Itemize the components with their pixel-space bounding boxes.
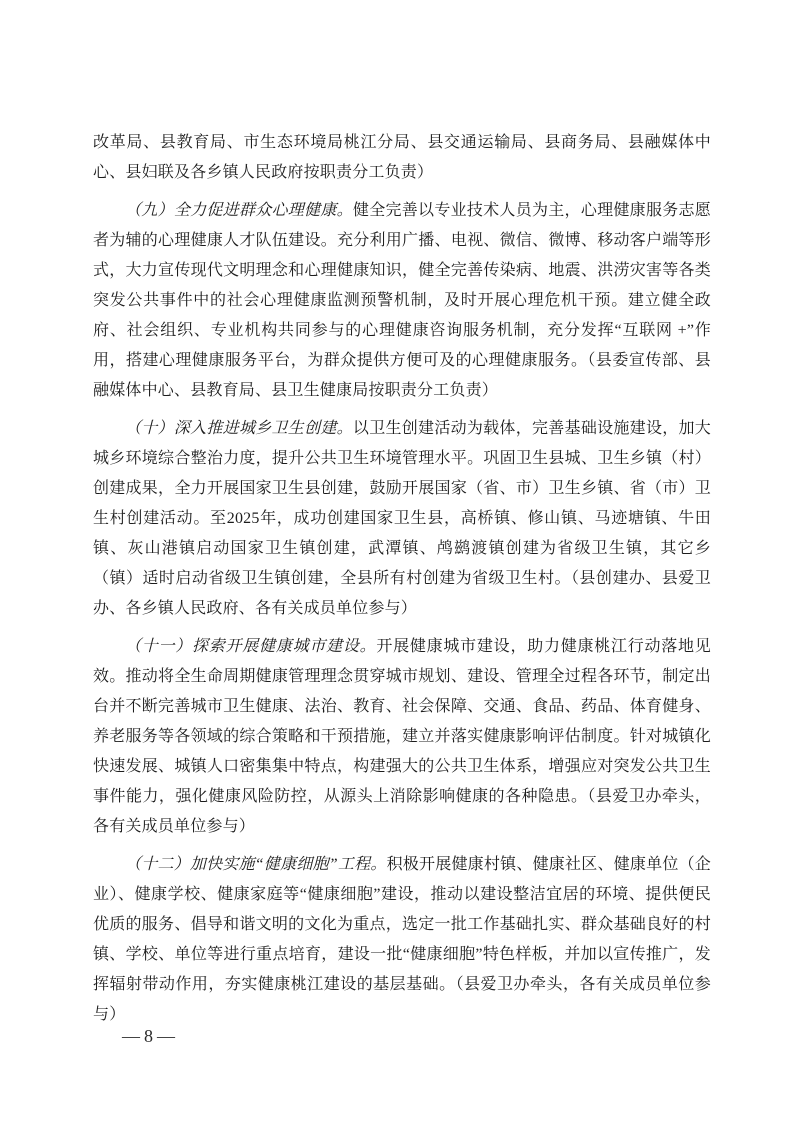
paragraph-continuation: 改革局、县教育局、市生态环境局桃江分局、县交通运输局、县商务局、县融媒体中心、县… [93,128,711,188]
document-page: 改革局、县教育局、市生态环境局桃江分局、县交通运输局、县商务局、县融媒体中心、县… [0,0,793,1122]
paragraph-9: （九）全力促进群众心理健康。健全完善以专业技术人员为主，心理健康服务志愿者为辅的… [93,196,711,406]
paragraph-11-lead: （十一）探索开展健康城市建设。 [125,638,376,655]
paragraph-9-body: 健全完善以专业技术人员为主，心理健康服务志愿者为辅的心理健康人才队伍建设。充分利… [93,202,711,399]
paragraph-12: （十二）加快实施“健康细胞”工程。积极开展健康村镇、健康社区、健康单位（企业）、… [93,850,711,1030]
paragraph-10-lead: （十）深入推进城乡卫生创建。 [125,420,353,437]
paragraph-10: （十）深入推进城乡卫生创建。以卫生创建活动为载体，完善基础设施建设，加大城乡环境… [93,414,711,624]
paragraph-11: （十一）探索开展健康城市建设。开展健康城市建设，助力健康桃江行动落地见效。推动将… [93,632,711,842]
paragraph-12-lead: （十二）加快实施“健康细胞”工程。 [125,856,387,873]
paragraph-9-lead: （九）全力促进群众心理健康。 [125,202,353,219]
paragraph-12-body: 积极开展健康村镇、健康社区、健康单位（企业）、健康学校、健康家庭等“健康细胞”建… [93,856,711,1023]
text-block: 改革局、县教育局、市生态环境局桃江分局、县交通运输局、县商务局、县融媒体中心、县… [93,128,711,1030]
paragraph-10-body: 以卫生创建活动为载体，完善基础设施建设，加大城乡环境综合整治力度，提升公共卫生环… [93,420,711,617]
page-number: —8— [122,1023,179,1049]
paragraph-11-body: 开展健康城市建设，助力健康桃江行动落地见效。推动将全生命周期健康管理理念贯穿城市… [93,638,711,835]
